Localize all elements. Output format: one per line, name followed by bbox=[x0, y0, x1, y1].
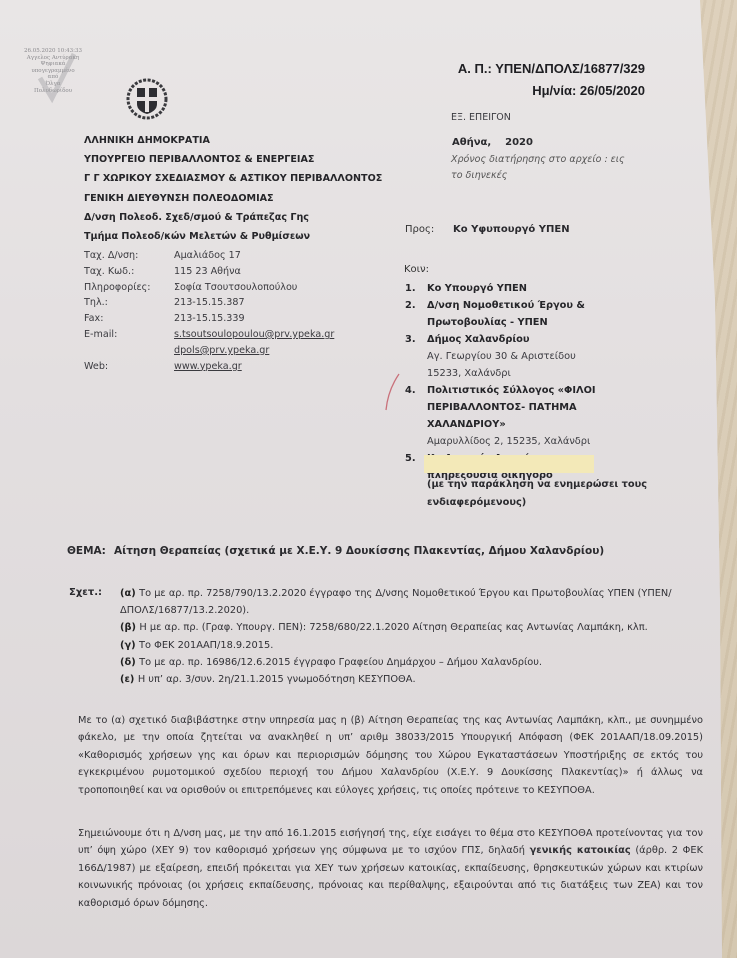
contact-label: Fax: bbox=[84, 311, 174, 327]
cc-item: 3.Δήμος ΧαλανδρίουΑγ. Γεωργίου 30 & Αρισ… bbox=[405, 331, 596, 382]
issuer-line: Δ/νση Πολεοδ. Σχεδ/σμού & Τράπεζας Γης bbox=[84, 208, 382, 227]
cc-recipient: Δ/νση Νομοθετικού Έργου & bbox=[427, 297, 585, 314]
contact-row: E-mail:s.tsoutsoulopoulou@prv.ypeka.gr bbox=[84, 327, 334, 343]
reference-tag: (ε) bbox=[120, 674, 138, 685]
urgency-label: ΕΞ. ΕΠΕΙΓΟΝ bbox=[451, 112, 511, 123]
body-paragraph-2: Σημειώνουμε ότι η Δ/νση μας, με την από … bbox=[78, 825, 703, 912]
cc-note-line: ενδιαφερόμενους) bbox=[427, 494, 647, 512]
contact-label: Ταχ. Κωδ.: bbox=[84, 264, 174, 280]
to-recipient: Κο Υφυπουργό ΥΠΕΝ bbox=[453, 224, 570, 235]
cc-address: 15233, Χαλάνδρι bbox=[427, 365, 576, 382]
reference-item: (α) Το με αρ. πρ. 7258/790/13.2.2020 έγγ… bbox=[120, 585, 710, 619]
contact-row: Τηλ.:213-15.15.387 bbox=[84, 295, 334, 311]
cc-number: 4. bbox=[405, 382, 427, 450]
cc-number: 3. bbox=[405, 331, 427, 382]
contact-value: Σοφία Τσουτσουλοπούλου bbox=[174, 280, 297, 296]
contact-row: Fax:213-15.15.339 bbox=[84, 311, 334, 327]
contact-details: Ταχ. Δ/νση:Αμαλιάδος 17Ταχ. Κωδ.:115 23 … bbox=[84, 248, 334, 374]
cc-note: (με την παράκληση να ενημερώσει τουςενδι… bbox=[427, 476, 647, 512]
cc-recipient: Πρωτοβουλίας - ΥΠΕΝ bbox=[427, 314, 585, 331]
checkmark-icon bbox=[36, 48, 76, 108]
cc-body: Δήμος ΧαλανδρίουΑγ. Γεωργίου 30 & Αριστε… bbox=[427, 331, 576, 382]
reference-tag: (β) bbox=[120, 622, 139, 633]
body-paragraph-1: Με το (α) σχετικό διαβιβάστηκε στην υπηρ… bbox=[78, 712, 703, 799]
issuer-block: ΛΛΗΝΙΚΗ ΔΗΜΟΚΡΑΤΙΑΥΠΟΥΡΓΕΙΟ ΠΕΡΙΒΑΛΛΟΝΤΟ… bbox=[84, 131, 382, 246]
cc-body: Δ/νση Νομοθετικού Έργου &Πρωτοβουλίας - … bbox=[427, 297, 585, 331]
cc-item: 2.Δ/νση Νομοθετικού Έργου &Πρωτοβουλίας … bbox=[405, 297, 596, 331]
redaction-highlight bbox=[424, 455, 594, 473]
contact-row: Πληροφορίες:Σοφία Τσουτσουλοπούλου bbox=[84, 280, 334, 296]
references-label: Σχετ.: bbox=[69, 587, 102, 598]
cc-address: Αμαρυλλίδος 2, 15235, Χαλάνδρι bbox=[427, 433, 596, 450]
cc-recipient: Πολιτιστικός Σύλλογος «ΦΙΛΟΙ bbox=[427, 382, 596, 399]
contact-label: Web: bbox=[84, 359, 174, 375]
cc-recipient: Κο Υπουργό ΥΠΕΝ bbox=[427, 280, 527, 297]
contact-value: 213-15.15.387 bbox=[174, 295, 245, 311]
cc-number: 1. bbox=[405, 280, 427, 297]
subject-label: ΘΕΜΑ: bbox=[67, 545, 106, 557]
reference-item: (γ) Το ΦΕΚ 201ΑΑΠ/18.9.2015. bbox=[120, 637, 710, 654]
protocol-number: Α. Π.: ΥΠΕΝ/ΔΠΟΛΣ/16877/329 bbox=[458, 58, 645, 80]
reference-item: (ε) Η υπ’ αρ. 3/συν. 2η/21.1.2015 γνωμοδ… bbox=[120, 671, 710, 688]
reference-tag: (δ) bbox=[120, 657, 139, 668]
cc-body: Κο Υπουργό ΥΠΕΝ bbox=[427, 280, 527, 297]
retention-note: Χρόνος διατήρησης στο αρχείο : εις το δι… bbox=[451, 152, 631, 184]
subject-text: Αίτηση Θεραπείας (σχετικά με Χ.Ε.Υ. 9 Δο… bbox=[114, 545, 604, 557]
cc-recipient: ΧΑΛΑΝΔΡΙΟΥ» bbox=[427, 416, 596, 433]
contact-label: E-mail: bbox=[84, 327, 174, 343]
reference-tag: (γ) bbox=[120, 640, 139, 651]
reference-text: Το με αρ. πρ. 16986/12.6.2015 έγγραφο Γρ… bbox=[139, 657, 542, 668]
digital-signature-stamp: 26.05.2020 10:43:33Αγγελος ΑντύρακηΨηφια… bbox=[8, 48, 98, 94]
protocol-date: Ημ/νία: 26/05/2020 bbox=[458, 80, 645, 102]
pen-mark-icon bbox=[382, 372, 402, 412]
issuer-line: Τμήμα Πολεοδ/κών Μελετών & Ρυθμίσεων bbox=[84, 227, 382, 246]
contact-link[interactable]: www.ypeka.gr bbox=[174, 359, 242, 375]
reference-text: Το με αρ. πρ. 7258/790/13.2.2020 έγγραφο… bbox=[120, 588, 672, 616]
issuer-line: ΥΠΟΥΡΓΕΙΟ ΠΕΡΙΒΑΛΛΟΝΤΟΣ & ΕΝΕΡΓΕΙΑΣ bbox=[84, 150, 382, 169]
issuer-line: ΛΛΗΝΙΚΗ ΔΗΜΟΚΡΑΤΙΑ bbox=[84, 131, 382, 150]
contact-label: Τηλ.: bbox=[84, 295, 174, 311]
cc-item: 4.Πολιτιστικός Σύλλογος «ΦΙΛΟΙΠΕΡΙΒΑΛΛΟΝ… bbox=[405, 382, 596, 450]
contact-label: Ταχ. Δ/νση: bbox=[84, 248, 174, 264]
cc-address: Αγ. Γεωργίου 30 & Αριστείδου bbox=[427, 348, 576, 365]
reference-text: Η με αρ. πρ. (Γραφ. Υπουργ. ΠΕΝ): 7258/6… bbox=[139, 622, 647, 633]
to-label: Προς: bbox=[405, 224, 434, 235]
protocol-reference: Α. Π.: ΥΠΕΝ/ΔΠΟΛΣ/16877/329 Ημ/νία: 26/0… bbox=[458, 58, 645, 102]
cc-recipient: Δήμος Χαλανδρίου bbox=[427, 331, 576, 348]
reference-text: Η υπ’ αρ. 3/συν. 2η/21.1.2015 γνωμοδότησ… bbox=[138, 674, 416, 685]
reference-tag: (α) bbox=[120, 588, 139, 599]
reference-item: (δ) Το με αρ. πρ. 16986/12.6.2015 έγγραφ… bbox=[120, 654, 710, 671]
cc-label: Κοιν: bbox=[404, 264, 429, 275]
reference-item: (β) Η με αρ. πρ. (Γραφ. Υπουργ. ΠΕΝ): 72… bbox=[120, 619, 710, 636]
emphasis-text: γενικής κατοικίας bbox=[530, 845, 631, 856]
contact-link[interactable]: s.tsoutsoulopoulou@prv.ypeka.gr bbox=[174, 327, 334, 343]
greek-coat-of-arms-icon bbox=[126, 78, 168, 120]
contact-row: dpols@prv.ypeka.gr bbox=[84, 343, 334, 359]
cc-list: 1.Κο Υπουργό ΥΠΕΝ2.Δ/νση Νομοθετικού Έργ… bbox=[405, 280, 596, 484]
contact-row: Ταχ. Δ/νση:Αμαλιάδος 17 bbox=[84, 248, 334, 264]
cc-recipient: ΠΕΡΙΒΑΛΛΟΝΤΟΣ- ΠΑΤΗΜΑ bbox=[427, 399, 596, 416]
contact-value: 115 23 Αθήνα bbox=[174, 264, 241, 280]
contact-label bbox=[84, 343, 174, 359]
cc-note-line: (με την παράκληση να ενημερώσει τους bbox=[427, 476, 647, 494]
contact-row: Web:www.ypeka.gr bbox=[84, 359, 334, 375]
paragraph-text: Με το (α) σχετικό διαβιβάστηκε στην υπηρ… bbox=[78, 715, 703, 796]
document-page: 26.05.2020 10:43:33Αγγελος ΑντύρακηΨηφια… bbox=[0, 0, 737, 958]
contact-label: Πληροφορίες: bbox=[84, 280, 174, 296]
cc-number: 2. bbox=[405, 297, 427, 331]
place-year: Αθήνα, 2020 bbox=[452, 137, 533, 148]
issuer-line: ΓΕΝΙΚΗ ΔΙΕΥΘΥΝΣΗ ΠΟΛΕΟΔΟΜΙΑΣ bbox=[84, 189, 382, 208]
contact-value: 213-15.15.339 bbox=[174, 311, 245, 327]
cc-item: 1.Κο Υπουργό ΥΠΕΝ bbox=[405, 280, 596, 297]
contact-value: Αμαλιάδος 17 bbox=[174, 248, 241, 264]
reference-text: Το ΦΕΚ 201ΑΑΠ/18.9.2015. bbox=[139, 640, 273, 651]
contact-link[interactable]: dpols@prv.ypeka.gr bbox=[174, 343, 269, 359]
issuer-line: Γ Γ ΧΩΡΙΚΟΥ ΣΧΕΔΙΑΣΜΟΥ & ΑΣΤΙΚΟΥ ΠΕΡΙΒΑΛ… bbox=[84, 169, 382, 188]
references-list: (α) Το με αρ. πρ. 7258/790/13.2.2020 έγγ… bbox=[120, 585, 710, 688]
cc-body: Πολιτιστικός Σύλλογος «ΦΙΛΟΙΠΕΡΙΒΑΛΛΟΝΤΟ… bbox=[427, 382, 596, 450]
contact-row: Ταχ. Κωδ.:115 23 Αθήνα bbox=[84, 264, 334, 280]
